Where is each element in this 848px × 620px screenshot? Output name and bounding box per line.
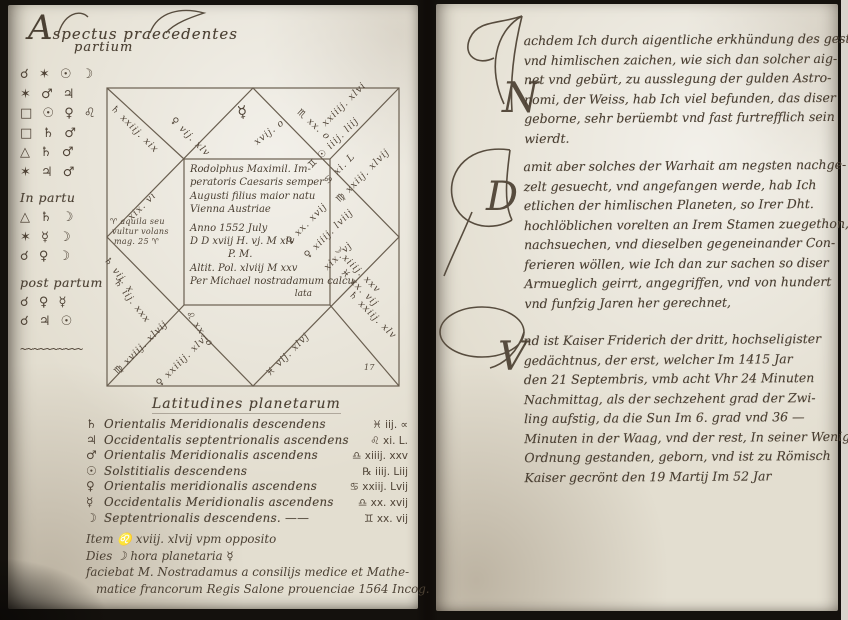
aspect-row: △ ♄ ☽ <box>20 208 104 228</box>
aspect-symbol-column: ☌ ✶ ☉ ☽ ✶ ♂ ♃ □ ☉ ♀ ♌ □ ♄ ♂ △ ♄ ♂ ✶ ♃ ♂ … <box>20 65 104 356</box>
text-line: vnd himlischen zaichen, wie sich dan sol… <box>524 48 834 70</box>
latitudes-footer: Item ♌ xviij. xlvij vpm opposito Dies ☽ … <box>86 531 408 597</box>
latitude-row: ♂ Orientalis Meridionalis ascendens ♎ xi… <box>86 448 408 464</box>
footer-line: faciebat M. Nostradamus a consilijs medi… <box>86 564 408 581</box>
center-text-line: Augusti filius maior natu <box>190 190 324 203</box>
text-line: net vnd gebürt, zu ausslegung der gulden… <box>524 68 834 90</box>
latitude-row: ♄ Orientalis Meridionalis descendens ♓ i… <box>86 417 408 433</box>
latitude-value: ♋ xxiij. Lvij <box>349 481 408 493</box>
text-line: Nachmittag, als der sechzehent grad der … <box>524 387 834 409</box>
chart-center-box: Rodolphus Maximil. Im- peratoris Caesari… <box>184 159 330 305</box>
aspect-row: ☌ ♃ ☉ <box>20 312 104 332</box>
latitude-desc: Orientalis Meridionalis ascendens <box>104 448 352 462</box>
planet-glyph: ♃ <box>86 433 104 447</box>
latitude-row: ♀ Orientalis meridionalis ascendens ♋ xx… <box>86 479 408 495</box>
chart-corner-number: 17 <box>364 363 375 372</box>
text-line: zelt gesuecht, vnd angefangen werde, hab… <box>524 174 834 196</box>
center-text-line: Altit. Pol. xlviij M xxv <box>190 262 324 275</box>
text-line: Ordnung gestanden, geborn, vnd ist zu Rö… <box>524 446 834 468</box>
chart-annotation: vultur volans <box>112 227 169 236</box>
horoscope-chart: ♄ xxiij. xix ♀ vij. xlv ♏ xx. o ☿ xvij. … <box>106 87 400 387</box>
aspect-row: ✶ ♃ ♂ <box>20 163 104 183</box>
center-text-line: P. M. <box>190 248 324 261</box>
latitude-value: ♊ xx. vij <box>364 513 408 525</box>
scan-edge-strip <box>841 0 848 620</box>
footer-line: Dies ☽ hora planetaria ☿ <box>86 548 408 565</box>
center-text-line: Per Michael nostradamum calcu- <box>190 275 324 288</box>
paragraph: nd ist Kaiser Friderich der dritt, hochs… <box>523 329 834 487</box>
center-text-line: Vienna Austriae <box>190 203 324 216</box>
footer-line: Item ♌ xviij. xlvij vpm opposito <box>86 531 408 548</box>
text-line: geborne, sehr berüembt vnd fast furtreff… <box>524 107 834 129</box>
aspect-row: ✶ ♂ ♃ <box>20 85 104 105</box>
chart-annotation: mag. 25 ♈ <box>114 237 159 246</box>
center-text-line: lata <box>190 289 324 299</box>
post-partum-label: post partum <box>20 273 104 293</box>
latitude-row: ♃ Occidentalis septentrionalis ascendens… <box>86 433 408 449</box>
latitude-desc: Solstitialis descendens <box>104 464 362 478</box>
text-line: ling aufstig, da die Sun Im 6. grad vnd … <box>524 407 834 429</box>
aspect-row: ☌ ✶ ☉ ☽ <box>20 65 104 85</box>
latitudes-title: Latitudines planetarum <box>152 396 341 414</box>
center-text-line: peratoris Caesaris semper <box>190 176 324 189</box>
paragraph: achdem Ich durch aigentliche erkhündung … <box>524 29 835 148</box>
planet-glyph: ♀ <box>86 479 104 493</box>
text-line: etlichen der himlischen Planeten, so Ire… <box>524 194 834 216</box>
text-line: achdem Ich durch aigentliche erkhündung … <box>524 29 834 51</box>
aspect-row: ☌ ♀ ☿ <box>20 293 104 313</box>
latitude-value: ♓ iij. ∝ <box>372 419 408 431</box>
latitude-value: ♌ xi. L. <box>370 435 408 447</box>
text-line: amit aber solches der Warhait am negsten… <box>523 155 833 177</box>
chart-annotation: ♈ aquila seu <box>110 217 165 226</box>
header-initial: A <box>28 8 53 48</box>
text-line: Armueglich geirrt, angegriffen, vnd von … <box>524 272 834 294</box>
latitude-desc: Occidentalis septentrionalis ascendens <box>104 433 370 447</box>
text-line: wierdt. <box>524 126 834 148</box>
footer-line: matice francorum Regis Salone prouenciae… <box>86 581 408 598</box>
in-partu-label: In partu <box>20 188 104 208</box>
book-gutter <box>416 0 438 620</box>
latitude-row: ☉ Solstitialis descendens ℞ iiij. Liij <box>86 464 408 480</box>
latitude-value: ♎ xx. xvij <box>358 497 408 509</box>
latitude-desc: Orientalis meridionalis ascendens <box>104 479 349 493</box>
text-line: gedächtnus, der erst, welcher Im 1415 Ja… <box>524 348 834 370</box>
aspect-row: □ ♄ ♂ <box>20 124 104 144</box>
text-line: Minuten in der Waag, vnd der rest, In se… <box>524 426 834 448</box>
text-line: vnd funfzig Jaren her gerechnet, <box>524 291 834 313</box>
latitude-value: ℞ iiij. Liij <box>362 466 408 478</box>
aspect-row: ☌ ♀ ☽ <box>20 247 104 267</box>
latitude-desc: Occidentalis Meridionalis ascendens <box>104 495 358 509</box>
margin-squiggle: ~~~~~~~~~~ <box>20 342 104 356</box>
right-page: N achdem Ich durch aigentliche erkhündun… <box>436 4 838 611</box>
planet-glyph: ☽ <box>86 511 104 525</box>
left-page: Aspectus praecedentes partium ☌ ✶ ☉ ☽ ✶ … <box>8 5 418 609</box>
initial-letter: D <box>485 174 518 220</box>
text-line: hochlöblichen vorelten an Irem Stamen zu… <box>524 213 834 235</box>
text-line: Kaiser gecrönt den 19 Martij Im 52 Jar <box>524 465 834 487</box>
latitude-desc: Orientalis Meridionalis descendens <box>104 417 372 431</box>
text-line: nachsuechen, vnd dieselben gegeneinander… <box>524 233 834 255</box>
center-text-line: Anno 1552 July <box>190 222 324 235</box>
planet-glyph: ♂ <box>86 448 104 462</box>
planet-glyph: ☿ <box>86 495 104 509</box>
latitude-desc: Septentrionalis descendens. —— <box>104 511 364 525</box>
aspect-row: □ ☉ ♀ ♌ <box>20 104 104 124</box>
text-line: den 21 Septembris, vmb acht Vhr 24 Minut… <box>524 368 834 390</box>
text-line: nomi, der Weiss, hab Ich viel befunden, … <box>524 87 834 109</box>
center-text-line: Rodolphus Maximil. Im- <box>190 163 324 176</box>
section-heading-aspectus: Aspectus praecedentes partium <box>28 13 238 55</box>
text-line: ferieren wöllen, wie Ich dan zur sachen … <box>524 252 834 274</box>
planet-glyph: ♄ <box>86 417 104 431</box>
paragraph: amit aber solches der Warhait am negsten… <box>523 155 834 313</box>
header-flourish <box>54 7 214 37</box>
text-line: nd ist Kaiser Friderich der dritt, hochs… <box>523 329 833 351</box>
aspect-row: △ ♄ ♂ <box>20 143 104 163</box>
latitude-row: ☽ Septentrionalis descendens. —— ♊ xx. v… <box>86 511 408 527</box>
latitudes-section: Latitudines planetarum ♄ Orientalis Meri… <box>86 393 408 597</box>
aspect-row: ✶ ☿ ☽ <box>20 228 104 248</box>
latitude-value: ♎ xiiij. xxv <box>352 450 408 462</box>
planet-glyph: ☉ <box>86 464 104 478</box>
latitude-row: ☿ Occidentalis Meridionalis ascendens ♎ … <box>86 495 408 511</box>
center-text-line: D D xviij H. vj. M xlv <box>190 235 324 248</box>
